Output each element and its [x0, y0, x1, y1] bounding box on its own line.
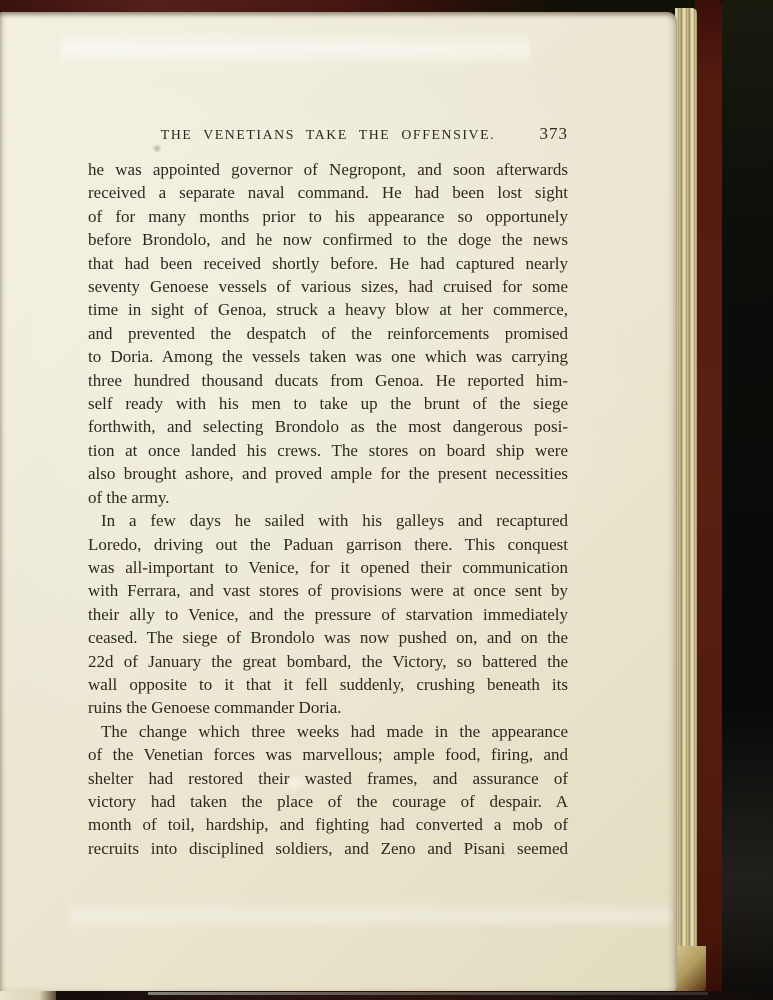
page-text-block: he was appointed governor of Negropont, … [88, 158, 568, 860]
text-line: of the Venetian forces was marvellous; a… [88, 743, 568, 766]
text-line: Loredo, driving out the Paduan garrison … [88, 533, 568, 556]
text-line: with Ferrara, and vast stores of provisi… [88, 579, 568, 602]
book-page: THE VENETIANS TAKE THE OFFENSIVE. 373 he… [0, 12, 677, 993]
text-line: of for many months prior to his appearan… [88, 205, 568, 228]
text-line: recruits into disciplined soldiers, and … [88, 837, 568, 860]
text-line: time in sight of Genoa, struck a heavy b… [88, 298, 568, 321]
text-line: three hundred thousand ducats from Genoa… [88, 369, 568, 392]
text-line: forthwith, and selecting Brondolo as the… [88, 415, 568, 438]
scanned-book-photo: THE VENETIANS TAKE THE OFFENSIVE. 373 he… [0, 0, 773, 1000]
text-line: received a separate naval command. He ha… [88, 181, 568, 204]
text-line: ruins the Genoese commander Doria. [88, 696, 568, 719]
text-line: 22d of January the great bombard, the Vi… [88, 650, 568, 673]
text-line: their ally to Venice, and the pressure o… [88, 603, 568, 626]
page-edge-stack [675, 8, 697, 994]
text-line: ceased. The siege of Brondolo was now pu… [88, 626, 568, 649]
text-line: of the army. [88, 486, 568, 509]
text-line: and prevented the despatch of the reinfo… [88, 322, 568, 345]
text-line: tion at once landed his crews. The store… [88, 439, 568, 462]
text-line: wall opposite to it that it fell suddenl… [88, 673, 568, 696]
text-line: In a few days he sailed with his galleys… [88, 509, 568, 532]
scan-glare-top [60, 30, 530, 68]
table-edge-highlight [148, 992, 708, 995]
page-number: 373 [540, 123, 569, 145]
text-line: seventy Genoese vessels of various sizes… [88, 275, 568, 298]
scan-glare-bottom [70, 900, 670, 930]
text-line: was all-important to Venice, for it open… [88, 556, 568, 579]
text-line: that had been received shortly before. H… [88, 252, 568, 275]
text-line: to Doria. Among the vessels taken was on… [88, 345, 568, 368]
text-line: victory had taken the place of the coura… [88, 790, 568, 813]
text-line: also brought ashore, and proved ample fo… [88, 462, 568, 485]
text-line: before Brondolo, and he now confirmed to… [88, 228, 568, 251]
text-line: shelter had restored their wasted frames… [88, 767, 568, 790]
paper-smudge [152, 144, 162, 153]
text-line: month of toil, hardship, and fighting ha… [88, 813, 568, 836]
running-header-title: THE VENETIANS TAKE THE OFFENSIVE. [88, 125, 568, 145]
photo-background-sheen [722, 0, 773, 1000]
text-line: self ready with his men to take up the b… [88, 392, 568, 415]
page-bottom-left-edge [0, 991, 56, 1000]
text-line: he was appointed governor of Negropont, … [88, 158, 568, 181]
text-line: The change which three weeks had made in… [88, 720, 568, 743]
page-header: THE VENETIANS TAKE THE OFFENSIVE. 373 [88, 125, 568, 145]
book-cover-right-edge [695, 0, 722, 1000]
